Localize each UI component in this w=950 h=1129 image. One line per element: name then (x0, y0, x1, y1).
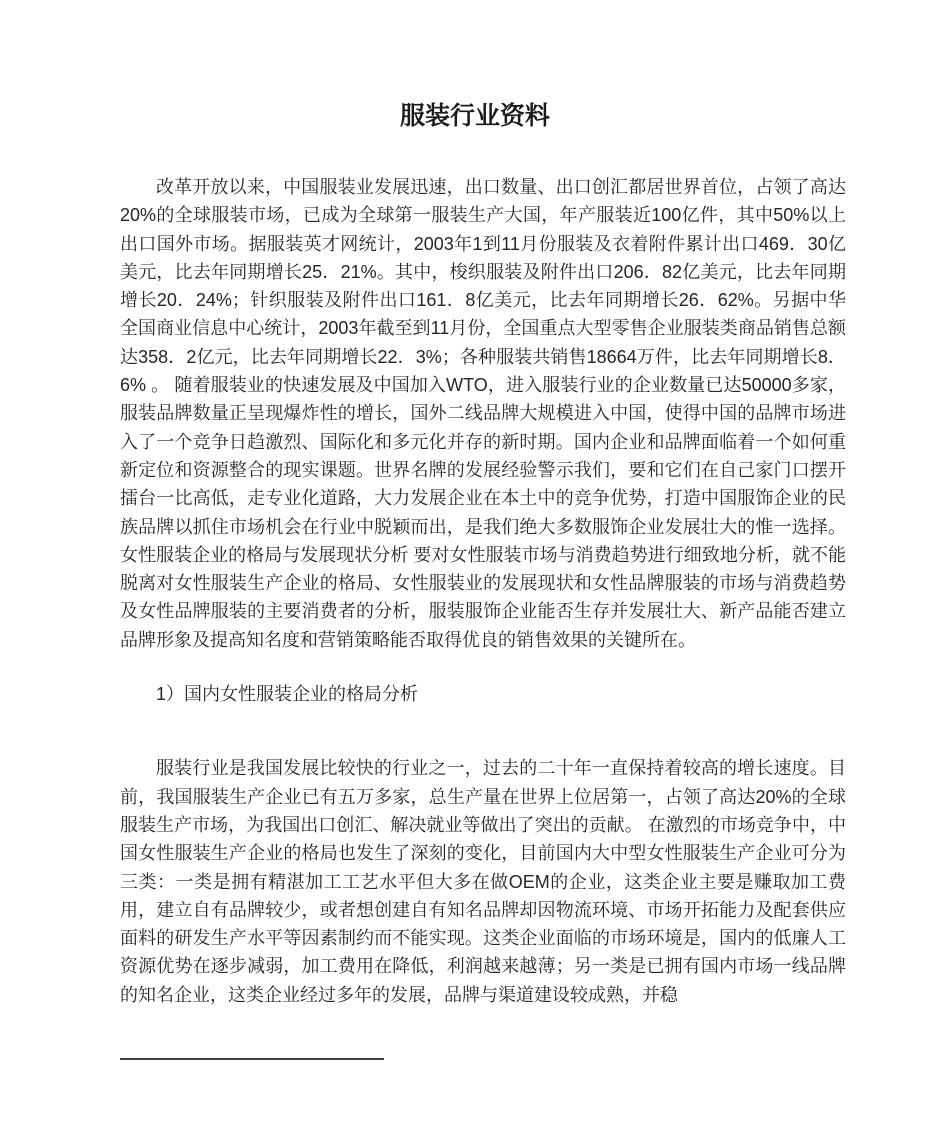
paragraph-industry-overview: 改革开放以来，中国服装业发展迅速，出口数量、出口创汇都居世界首位，占领了高达20… (120, 173, 846, 654)
section-heading-1: 1）国内女性服装企业的格局分析 (120, 680, 846, 708)
footnote-separator-line (120, 1058, 384, 1060)
document-title: 服装行业资料 (0, 98, 950, 134)
paragraph-women-apparel-analysis: 服装行业是我国发展比较快的行业之一，过去的二十年一直保持着较高的增长速度。目前，… (120, 754, 846, 1009)
document-page: 服装行业资料 改革开放以来，中国服装业发展迅速，出口数量、出口创汇都居世界首位，… (0, 0, 950, 1129)
